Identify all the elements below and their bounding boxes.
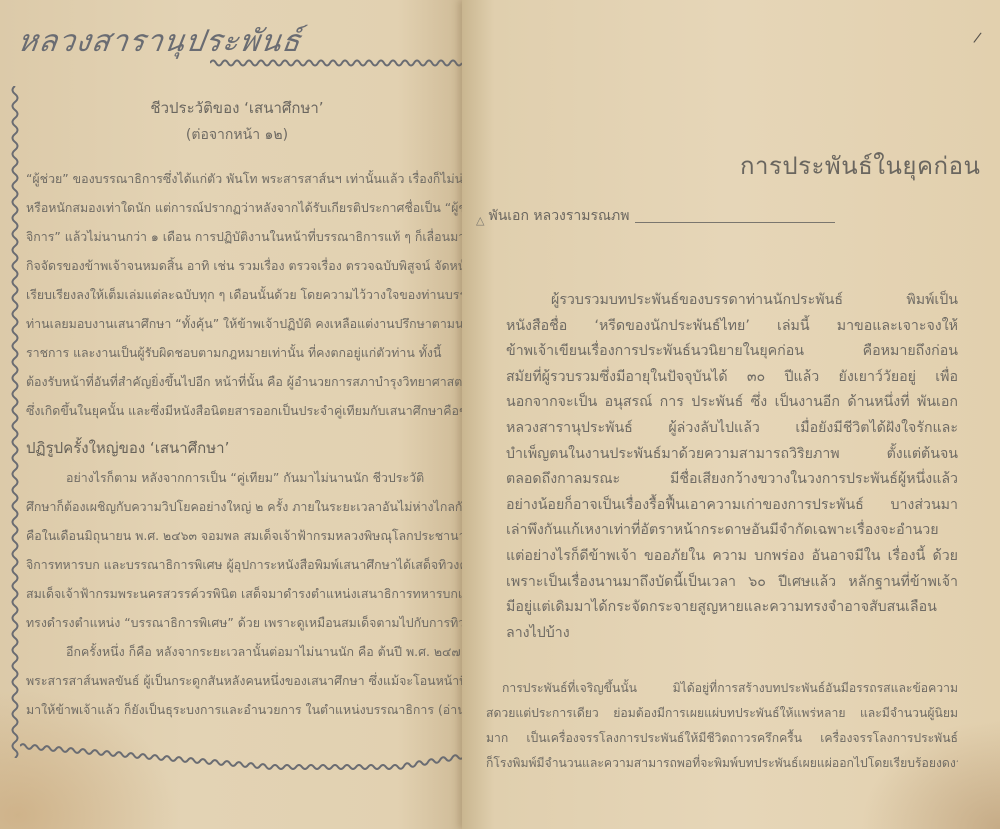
right-paragraph-1: ผู้รวบรวมบทประพันธ์ของบรรดาท่านนักประพัน… <box>506 288 958 646</box>
triangle-mark-icon: △ <box>476 214 484 227</box>
text-line: ตลอดถึงกาลมรณะ มีชื่อเสียงกว้างขวางในวงก… <box>506 467 958 493</box>
left-paragraph-1: “ผู้ช่วย” ของบรรณาธิการซึ่งได้แก่ตัว พัน… <box>26 164 468 425</box>
wavy-border-top-icon <box>210 58 465 68</box>
left-section-heading: ปฏิรูปครั้งใหญ่ของ ‘เสนาศึกษา’ <box>26 433 468 463</box>
text-line: อย่างไรก็ตาม หลังจากการเป็น “คู่เทียม” ก… <box>26 463 468 492</box>
left-article-title: ชีวประวัติของ ‘เสนาศึกษา’ <box>26 96 468 120</box>
text-line: จิการ” แล้วไม่นานกว่า ๑ เดือน การปฏิบัติ… <box>26 222 468 251</box>
text-line: หนังสือชื่อ ‘หรีดของนักประพันธ์ไทย’ เล่ม… <box>506 314 958 340</box>
right-paragraph-2: การประพันธ์ที่เจริญขึ้นนั้น มิได้อยู่ที่… <box>486 676 958 776</box>
text-line: พระสารสาส์นพลขันธ์ ผู้เป็นกระดูกสันหลังค… <box>26 666 468 695</box>
text-line: ข้าพเจ้าเขียนเรื่องการประพันธ์นวนิยายในย… <box>506 339 958 365</box>
text-line: อย่างน้อยก็อาจเป็นเรื่องรื้อฟื้นเอาความเ… <box>506 493 958 519</box>
right-article-title: การประพันธ์ในยุคก่อน <box>740 146 980 185</box>
text-line: กิจจัดรของข้าพเจ้าจนหมดสิ้น อาทิ เช่น รว… <box>26 251 468 280</box>
text-line: สมัยที่ผู้รวบรวมซึ่งมีอายุในปัจจุบันได้ … <box>506 365 958 391</box>
text-line: บำเพ็ญตนในงานประพันธ์มาด้วยความสามารถวิร… <box>506 442 958 468</box>
text-line: มีอยู่แต่เดิมมาได้กระจัดกระจายสูญหายและค… <box>506 595 958 621</box>
text-line: นอกจากจะเป็น อนุสรณ์ การ ประพันธ์ ซึ่ง เ… <box>506 390 958 416</box>
left-article: ชีวประวัติของ ‘เสนาศึกษา’ (ต่อจากหน้า ๑๒… <box>26 96 468 724</box>
text-line: ศึกษาก็ต้องเผชิญกับความวิปโยคอย่างใหญ่ ๒… <box>26 492 468 521</box>
text-line: “ผู้ช่วย” ของบรรณาธิการซึ่งได้แก่ตัว พัน… <box>26 164 468 193</box>
text-line: เล่าพึงกันแก้เหงาเท่าที่อัตราหน้ากระดาษอ… <box>506 518 958 544</box>
text-line: ท่านเลยมอบงานเสนาศึกษา “ทั้งคุ้น” ให้ข้า… <box>26 309 468 338</box>
text-line: ต้องรับหน้าที่อันที่สำคัญยิ่งขึ้นไปอีก ห… <box>26 367 468 396</box>
wavy-border-left-icon <box>10 86 20 758</box>
text-line: จิการทหารบก และบรรณาธิการพิเศษ ผู้อุปการ… <box>26 550 468 579</box>
text-line: มาก เป็นเครื่องจรรโลงการประพันธ์ให้มีชีว… <box>486 726 958 751</box>
text-line: ทรงดำรงตำแหน่ง “บรรณาธิการพิเศษ” ด้วย เพ… <box>26 608 468 637</box>
text-line: เรียบเรียงลงให้เต็มเล่มแต่ละฉบับทุก ๆ เด… <box>26 280 468 309</box>
text-line: อีกครั้งหนึ่ง ก็คือ หลังจากระยะเวลานั้นต… <box>26 637 468 666</box>
text-line: ซึ่งเกิดขึ้นในยุคนั้น และซึ่งมีหนังสือนิ… <box>26 396 468 425</box>
text-line: คือในเดือนมิถุนายน พ.ศ. ๒๔๖๓ จอมพล สมเด็… <box>26 521 468 550</box>
text-line: มาให้ข้าพเจ้าแล้ว ก็ยังเป็นธุระบงการและอ… <box>26 695 468 724</box>
author-byline: △ พันเอก หลวงรามรณภพ <box>476 205 835 227</box>
text-line: สดวยแต่ประการเดียว ย่อมต้องมีการเผยแผ่บท… <box>486 701 958 726</box>
text-line: ก็โรงพิมพ์มีจำนวนและความสามารถพอที่จะพิม… <box>486 751 958 776</box>
left-page: หลวงสารานุประพันธ์ ชีวประวัติของ ‘เสนาศึ… <box>0 0 468 829</box>
text-line: แต่อย่างไรก็ดีข้าพเจ้า ขออภัยใน ความ บกพ… <box>506 544 958 570</box>
wavy-border-bottom-icon <box>20 742 465 772</box>
text-line: ผู้รวบรวมบทประพันธ์ของบรรดาท่านนักประพัน… <box>506 288 958 314</box>
text-line: เพราะเป็นเรื่องนานมาถึงบัดนี้เป็นเวลา ๖๐… <box>506 570 958 596</box>
text-line: การประพันธ์ที่เจริญขึ้นนั้น มิได้อยู่ที่… <box>486 676 958 701</box>
text-line: ลางไปบ้าง <box>506 621 958 647</box>
author-name: พันเอก หลวงรามรณภพ <box>488 205 629 227</box>
text-line: หรือหนักสมองเท่าใดนัก แต่การณ์ปรากฏว่าหล… <box>26 193 468 222</box>
book-spread: หลวงสารานุประพันธ์ ชีวประวัติของ ‘เสนาศึ… <box>0 0 1000 829</box>
text-line: หลวงสารานุประพันธ์ ผู้ล่วงลับไปแล้ว เมื่… <box>506 416 958 442</box>
author-rule <box>635 222 835 223</box>
left-paragraph-2: อย่างไรก็ตาม หลังจากการเป็น “คู่เทียม” ก… <box>26 463 468 637</box>
left-paragraph-3: อีกครั้งหนึ่ง ก็คือ หลังจากระยะเวลานั้นต… <box>26 637 468 724</box>
left-article-subtitle: (ต่อจากหน้า ๑๒) <box>26 120 468 150</box>
text-line: สมเด็จเจ้าฟ้ากรมพระนครสวรรค์วรพินิต เสด็… <box>26 579 468 608</box>
text-line: ราชการ และงานเป็นผู้รับผิดชอบตามกฎหมายเท… <box>26 338 468 367</box>
